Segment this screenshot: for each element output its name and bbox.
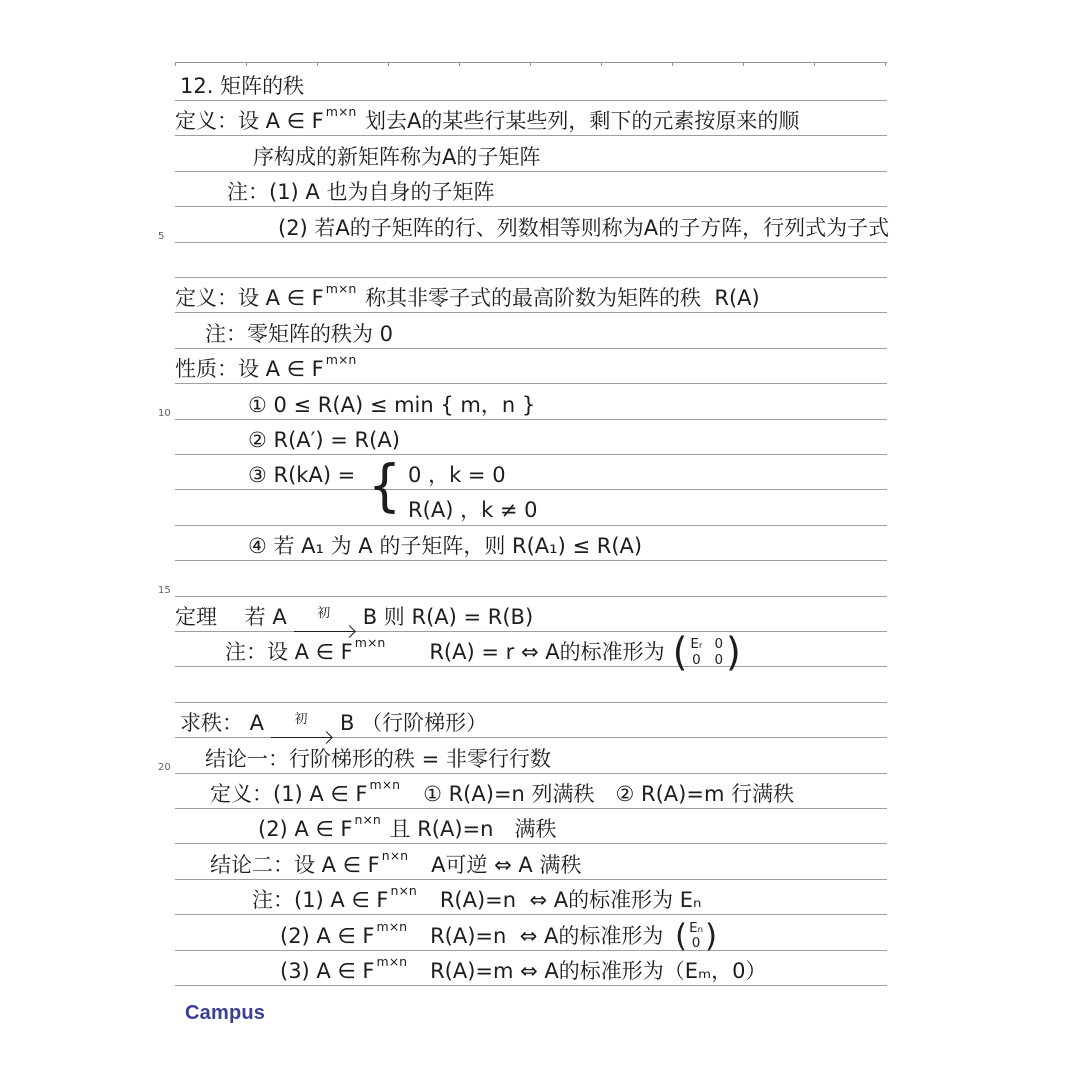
margin-line-number: 15 [158, 586, 171, 596]
text-segment: 定义：设 A ∈ F [175, 284, 324, 313]
left-paren: ( [673, 629, 688, 676]
conclusion-2: 结论二：设 A ∈ Fn×n A可逆 ⇔ A 满秩 [210, 849, 581, 880]
definition-submatrix-line1: 定义：设 A ∈ Fm×n 划去A的某些行某些列，剩下的元素按原来的顺 [175, 105, 799, 136]
matrix-entry: Eₙ [689, 921, 703, 936]
text-segment: 且 R(A)=n 满秩 [383, 815, 557, 844]
note-1-self-submatrix: 注：(1) A 也为自身的子矩阵 [227, 176, 494, 207]
text-segment: A可逆 ⇔ A 满秩 [410, 851, 581, 880]
left-paren: ( [675, 918, 687, 954]
matrix-entry: 0 [714, 653, 723, 668]
text-segment: 结论一：行阶梯形的秩 = 非零行行数 [205, 745, 551, 774]
superscript-dimension: m×n [326, 105, 357, 118]
definition-full-rank-1: 定义：(1) A ∈ Fm×n ① R(A)=n 列满秩 ② R(A)=m 行满… [210, 778, 794, 809]
text-segment: R(A) = r ⇔ A的标准形为 [387, 638, 664, 667]
over-arrow: 初 [294, 608, 354, 632]
case-line: 0 ，k = 0 [401, 452, 538, 487]
text-segment: (2) 若A的子矩阵的行、列数相等则称为A的子方阵，行列式为子式 [278, 214, 889, 243]
text-segment: R(A)=n ⇔ A的标准形为 [409, 922, 670, 951]
case-line: R(A) ，k ≠ 0 [401, 488, 538, 523]
cases-brace: { [368, 450, 401, 523]
margin-line-number: 10 [158, 409, 171, 419]
superscript-dimension: n×n [355, 813, 381, 826]
superscript-dimension: m×n [377, 920, 408, 933]
matrix-entry: 0 [714, 637, 723, 652]
notebook-page: 5101520 12. 矩阵的秩定义：设 A ∈ Fm×n 划去A的某些行某些列… [0, 0, 1080, 1077]
note-title: 12. 矩阵的秩 [180, 70, 304, 101]
finding-rank: 求秩： A初B （行阶梯形） [180, 707, 487, 738]
header-rule-line [175, 62, 887, 68]
text-segment: ① 0 ≤ R(A) ≤ min { m，n } [248, 391, 535, 420]
matrix-entry: 0 [690, 653, 702, 668]
note-2-square-submatrix: (2) 若A的子矩阵的行、列数相等则称为A的子方阵，行列式为子式 [278, 212, 889, 243]
text-segment: 划去A的某些行某些列，剩下的元素按原来的顺 [358, 107, 799, 136]
theorem-rank-invariant: 定理 若 A初B 则 R(A) = R(B) [175, 601, 533, 632]
text-segment: 注：零矩阵的秩为 0 [205, 320, 393, 349]
text-segment: ③ R(kA) = [248, 461, 362, 490]
matrix-entry: 0 [689, 936, 703, 951]
note-canonical-3: (3) A ∈ Fm×n R(A)=m ⇔ A的标准形为（Eₘ，0） [280, 955, 767, 986]
superscript-dimension: m×n [377, 955, 408, 968]
text-segment: 序构成的新矩阵称为A的子矩阵 [253, 143, 540, 172]
text-segment: (3) A ∈ F [280, 957, 375, 986]
campus-logo: Campus [185, 1001, 265, 1025]
definition-full-rank-2: (2) A ∈ Fn×n 且 R(A)=n 满秩 [258, 813, 556, 844]
block-matrix: (Eᵣ000) [673, 629, 741, 675]
ruled-line [175, 702, 887, 703]
note-zero-matrix-rank: 注：零矩阵的秩为 0 [205, 318, 393, 349]
right-paren: ) [726, 629, 741, 676]
superscript-dimension: m×n [370, 778, 401, 791]
property-4: ④ 若 A₁ 为 A 的子矩阵，则 R(A₁) ≤ R(A) [248, 530, 642, 561]
definition-rank: 定义：设 A ∈ Fm×n 称其非零子式的最高阶数为矩阵的秩 R(A) [175, 282, 760, 313]
text-segment: ① R(A)=n 列满秩 ② R(A)=m 行满秩 [402, 780, 794, 809]
arrow-shaft-icon [294, 620, 354, 632]
arrow-label: 初 [317, 608, 330, 620]
properties-heading: 性质：设 A ∈ Fm×n [175, 353, 358, 384]
text-segment: 注：(1) A 也为自身的子矩阵 [227, 178, 494, 207]
ruled-line [175, 277, 887, 278]
property-3: ③ R(kA) = {0 ，k = 0R(A) ，k ≠ 0 [248, 459, 538, 490]
text-segment: 定义：设 A ∈ F [175, 107, 324, 136]
note-canonical-1: 注：(1) A ∈ Fn×n R(A)=n ⇔ A的标准形为 Eₙ [252, 884, 701, 915]
column-matrix: (Eₙ0) [675, 918, 717, 954]
text-segment: (2) A ∈ F [280, 922, 375, 951]
text-segment: 求秩： A [180, 709, 264, 738]
margin-line-number: 5 [158, 232, 164, 242]
matrix-entry: Eᵣ [690, 637, 702, 652]
note-canonical-2: (2) A ∈ Fm×n R(A)=n ⇔ A的标准形为 (Eₙ0) [280, 920, 717, 951]
superscript-dimension: n×n [382, 849, 408, 862]
right-paren: ) [705, 918, 717, 954]
superscript-dimension: n×n [391, 884, 417, 897]
matrix-grid: Eᵣ000 [687, 637, 726, 668]
text-segment: (2) A ∈ F [258, 815, 353, 844]
text-segment: 性质：设 A ∈ F [175, 355, 324, 384]
property-1: ① 0 ≤ R(A) ≤ min { m，n } [248, 389, 535, 420]
note-canonical-form: 注：设 A ∈ Fm×n R(A) = r ⇔ A的标准形为(Eᵣ000) [225, 636, 741, 667]
text-segment: B 则 R(A) = R(B) [363, 603, 533, 632]
arrow-label: 初 [295, 714, 308, 726]
ruled-line [175, 525, 887, 526]
text-segment: 称其非零子式的最高阶数为矩阵的秩 R(A) [358, 284, 759, 313]
ruled-line [175, 596, 887, 597]
cases-block: {0 ，k = 0R(A) ，k ≠ 0 [368, 452, 538, 523]
text-segment: B （行阶梯形） [340, 709, 487, 738]
text-segment: 结论二：设 A ∈ F [210, 851, 380, 880]
text-segment: 定义：(1) A ∈ F [210, 780, 368, 809]
conclusion-1: 结论一：行阶梯形的秩 = 非零行行数 [205, 743, 551, 774]
text-segment: 12. 矩阵的秩 [180, 72, 304, 101]
definition-submatrix-line2: 序构成的新矩阵称为A的子矩阵 [253, 141, 540, 172]
over-arrow: 初 [271, 714, 331, 738]
matrix-column: Eₙ0 [687, 921, 705, 951]
text-segment: 定理 若 A [175, 603, 287, 632]
cases-stack: 0 ，k = 0R(A) ，k ≠ 0 [401, 452, 538, 523]
margin-line-number: 20 [158, 763, 171, 773]
text-segment: 注：(1) A ∈ F [252, 886, 389, 915]
superscript-dimension: m×n [326, 353, 357, 366]
text-segment: 注：设 A ∈ F [225, 638, 353, 667]
superscript-dimension: m×n [326, 282, 357, 295]
superscript-dimension: m×n [355, 636, 386, 649]
text-segment: R(A)=n ⇔ A的标准形为 Eₙ [419, 886, 702, 915]
arrow-shaft-icon [271, 726, 331, 738]
text-segment: R(A)=m ⇔ A的标准形为（Eₘ，0） [409, 957, 766, 986]
text-segment: ④ 若 A₁ 为 A 的子矩阵，则 R(A₁) ≤ R(A) [248, 532, 642, 561]
